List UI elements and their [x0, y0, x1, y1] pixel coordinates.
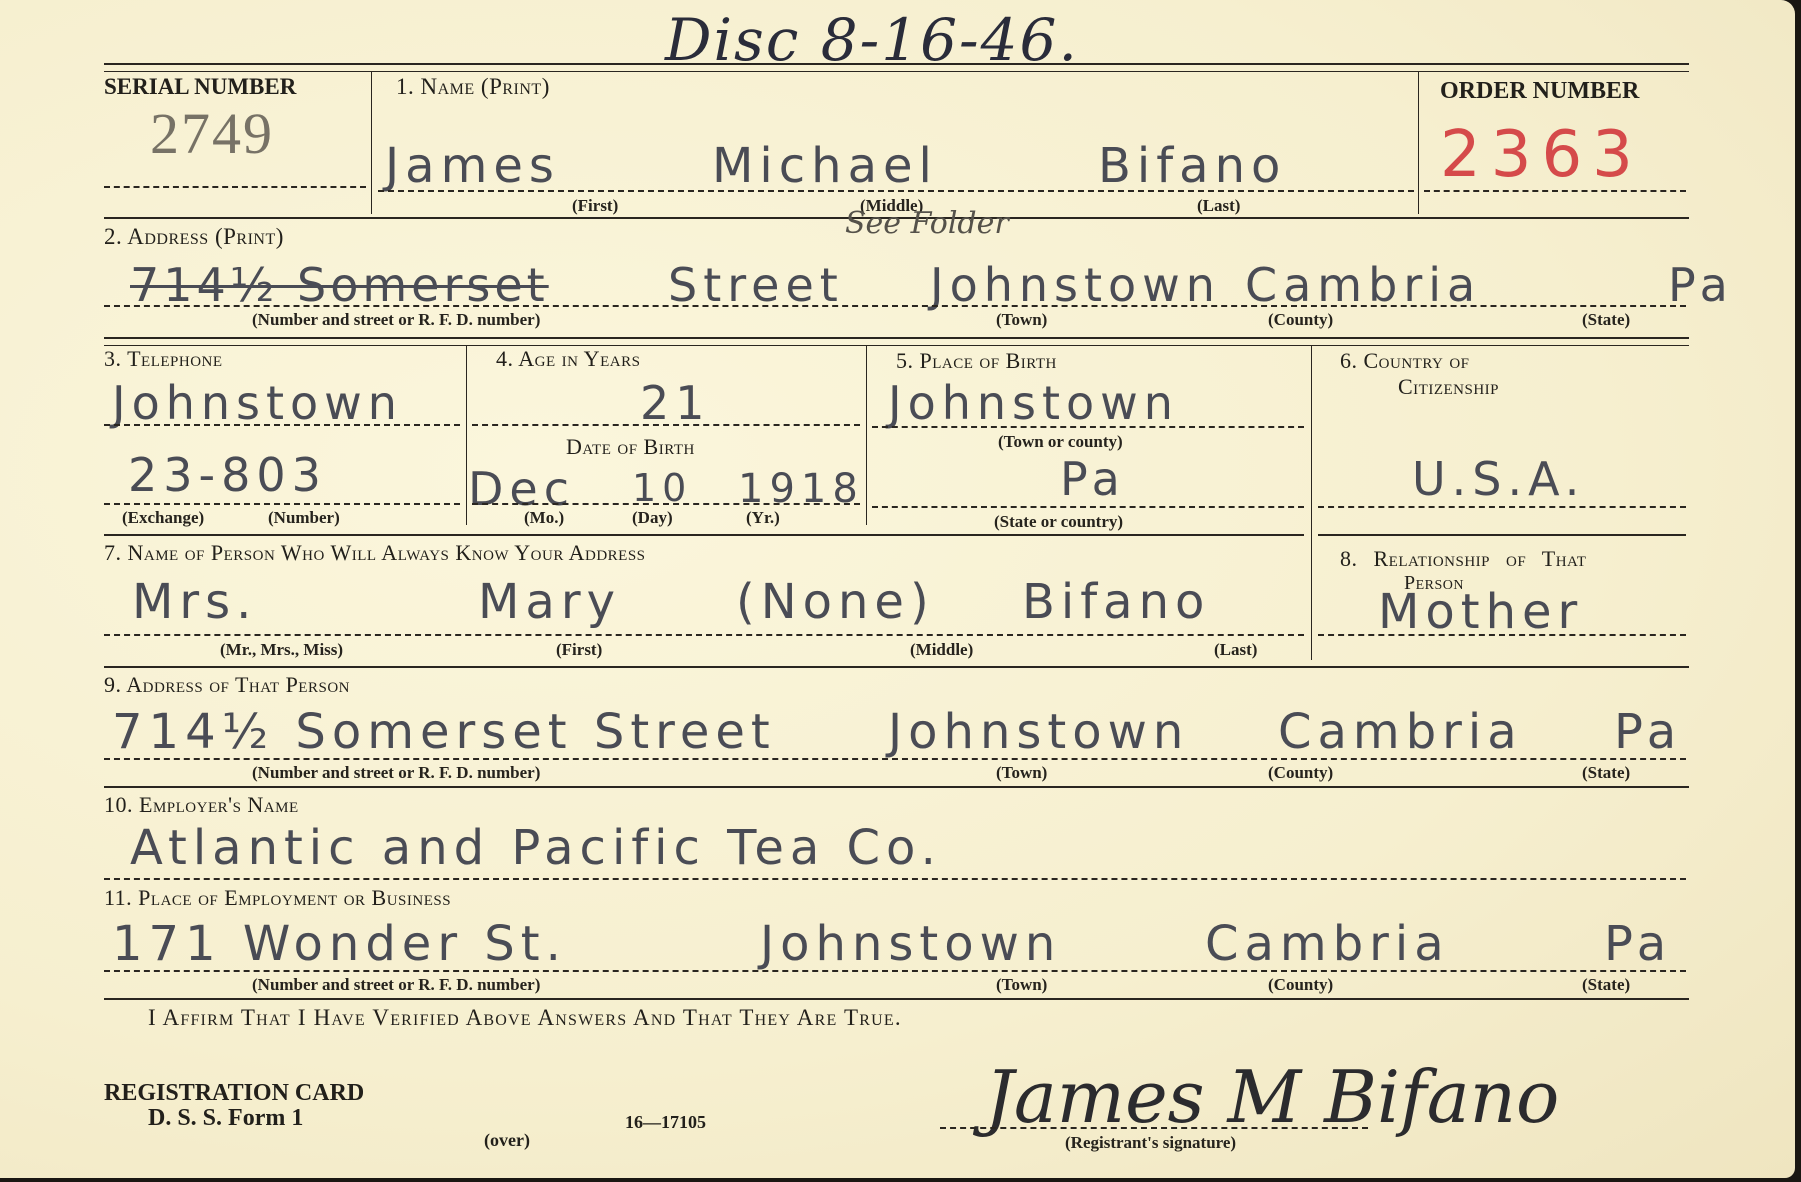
contact-address-county: Cambria [1278, 704, 1523, 760]
registration-card: Disc 8-16-46. SERIAL NUMBER 2749 1. Name… [0, 0, 1795, 1178]
caption-town-or-county: (Town or county) [998, 432, 1123, 452]
telephone-label: 3. Telephone [104, 346, 223, 372]
employer-line [104, 878, 1686, 880]
caption-title: (Mr., Mrs., Miss) [220, 640, 343, 660]
address-county: Cambria [1245, 258, 1481, 312]
address-label: 2. Address (Print) [104, 224, 284, 250]
contact-first: Mary [478, 574, 621, 630]
birth-town: Johnstown [888, 376, 1179, 430]
contact-last: Bifano [1022, 574, 1210, 630]
employment-town: Johnstown [760, 916, 1061, 972]
contact-line [104, 634, 1304, 636]
caption-month: (Mo.) [524, 508, 564, 528]
caption-signature: (Registrant's signature) [1065, 1133, 1236, 1153]
affirmation-text: I Affirm That I Have Verified Above Answ… [148, 1005, 902, 1031]
caption-state: (State) [1582, 763, 1630, 783]
caption-first: (First) [572, 196, 618, 216]
citizenship-label-2: Citizenship [1398, 374, 1499, 400]
caption-contact-first: (First) [556, 640, 602, 660]
birth-town-line [872, 426, 1304, 428]
rule [104, 534, 1304, 536]
caption-town: (Town) [996, 310, 1047, 330]
divider [1418, 72, 1419, 214]
over-note: (over) [484, 1130, 530, 1151]
caption-town: (Town) [996, 975, 1047, 995]
employer-label: 10. Employer's Name [104, 792, 299, 818]
employment-street: 171 Wonder St. [112, 916, 567, 972]
employment-state: Pa [1604, 916, 1672, 972]
caption-street: (Number and street or R. F. D. number) [252, 975, 540, 995]
contact-title: Mrs. [132, 574, 257, 630]
rule [104, 786, 1689, 788]
caption-county: (County) [1268, 310, 1333, 330]
contact-address-line [104, 758, 1686, 760]
order-number: 2363 [1440, 118, 1643, 192]
divider [466, 345, 467, 525]
caption-street: (Number and street or R. F. D. number) [252, 310, 540, 330]
birth-state: Pa [1060, 452, 1126, 506]
rule [104, 337, 1689, 339]
place-of-birth-label: 5. Place of Birth [896, 348, 1057, 374]
address-correction-annotation: See Folder [845, 206, 1009, 241]
caption-exchange: (Exchange) [122, 508, 204, 528]
contact-person-label: 7. Name of Person Who Will Always Know Y… [104, 540, 646, 566]
caption-contact-middle: (Middle) [910, 640, 973, 660]
name-line [378, 190, 1414, 192]
birth-state-line [872, 506, 1304, 508]
name-first: James [385, 138, 560, 194]
registration-card-title: REGISTRATION CARD [104, 1080, 364, 1107]
name-label: 1. Name (Print) [396, 74, 550, 100]
relationship-label-1: 8. Relationship of That [1340, 546, 1586, 572]
caption-county: (County) [1268, 763, 1333, 783]
signature-line [940, 1127, 1368, 1129]
address-street: Street [668, 258, 844, 312]
citizenship-label-1: 6. Country of [1340, 348, 1470, 374]
telephone-number: 23-803 [128, 448, 327, 502]
divider [1311, 345, 1312, 660]
top-rule [104, 63, 1689, 65]
order-number-label: ORDER NUMBER [1440, 78, 1639, 105]
top-rule-2 [104, 71, 1689, 72]
name-middle: Michael [712, 138, 938, 194]
caption-contact-last: (Last) [1214, 640, 1257, 660]
age-label: 4. Age in Years [496, 346, 640, 372]
name-last: Bifano [1098, 138, 1286, 194]
employment-place-label: 11. Place of Employment or Business [104, 885, 451, 911]
caption-last: (Last) [1197, 196, 1240, 216]
order-line [1424, 190, 1686, 192]
caption-town: (Town) [996, 763, 1047, 783]
contact-address-street: 714½ Somerset Street [112, 704, 776, 760]
employment-line [104, 970, 1686, 972]
rule [1318, 534, 1686, 536]
form-id: D. S. S. Form 1 [148, 1105, 303, 1132]
telephone-number-line [104, 503, 460, 505]
rule [104, 998, 1689, 1000]
serial-number: 2749 [150, 100, 274, 167]
caption-state: (State) [1582, 310, 1630, 330]
caption-street: (Number and street or R. F. D. number) [252, 763, 540, 783]
divider [371, 72, 372, 214]
caption-state: (State) [1582, 975, 1630, 995]
age-line [472, 424, 860, 426]
serial-line [104, 186, 366, 188]
divider [866, 345, 867, 525]
dob-line [472, 503, 860, 505]
contact-address-town: Johnstown [888, 704, 1189, 760]
age-value: 21 [640, 376, 711, 430]
address-town: Johnstown [930, 258, 1221, 312]
rule-2 [104, 345, 1689, 346]
relationship-line [1318, 634, 1686, 636]
address-street-struck: 714½ Somerset [130, 258, 549, 312]
serial-number-label: SERIAL NUMBER [104, 74, 296, 100]
contact-address-label: 9. Address of That Person [104, 672, 350, 698]
rule [104, 666, 1689, 668]
print-code: 16—17105 [625, 1112, 706, 1133]
employer-value: Atlantic and Pacific Tea Co. [130, 820, 942, 876]
telephone-exchange: Johnstown [112, 376, 403, 430]
caption-county: (County) [1268, 975, 1333, 995]
dob-label: Date of Birth [566, 434, 695, 460]
caption-state-or-country: (State or country) [994, 512, 1123, 532]
address-state: Pa [1668, 258, 1734, 312]
caption-number: (Number) [268, 508, 340, 528]
relationship-value: Mother [1378, 584, 1583, 640]
contact-address-state: Pa [1614, 704, 1682, 760]
contact-middle: (None) [736, 574, 935, 630]
citizenship-value: U.S.A. [1412, 452, 1585, 506]
employment-county: Cambria [1205, 916, 1450, 972]
caption-year: (Yr.) [746, 508, 780, 528]
dob-year: 1918 [738, 466, 864, 512]
caption-day: (Day) [632, 508, 673, 528]
address-line [104, 305, 1686, 307]
telephone-line [104, 424, 460, 426]
citizenship-line [1318, 506, 1686, 508]
